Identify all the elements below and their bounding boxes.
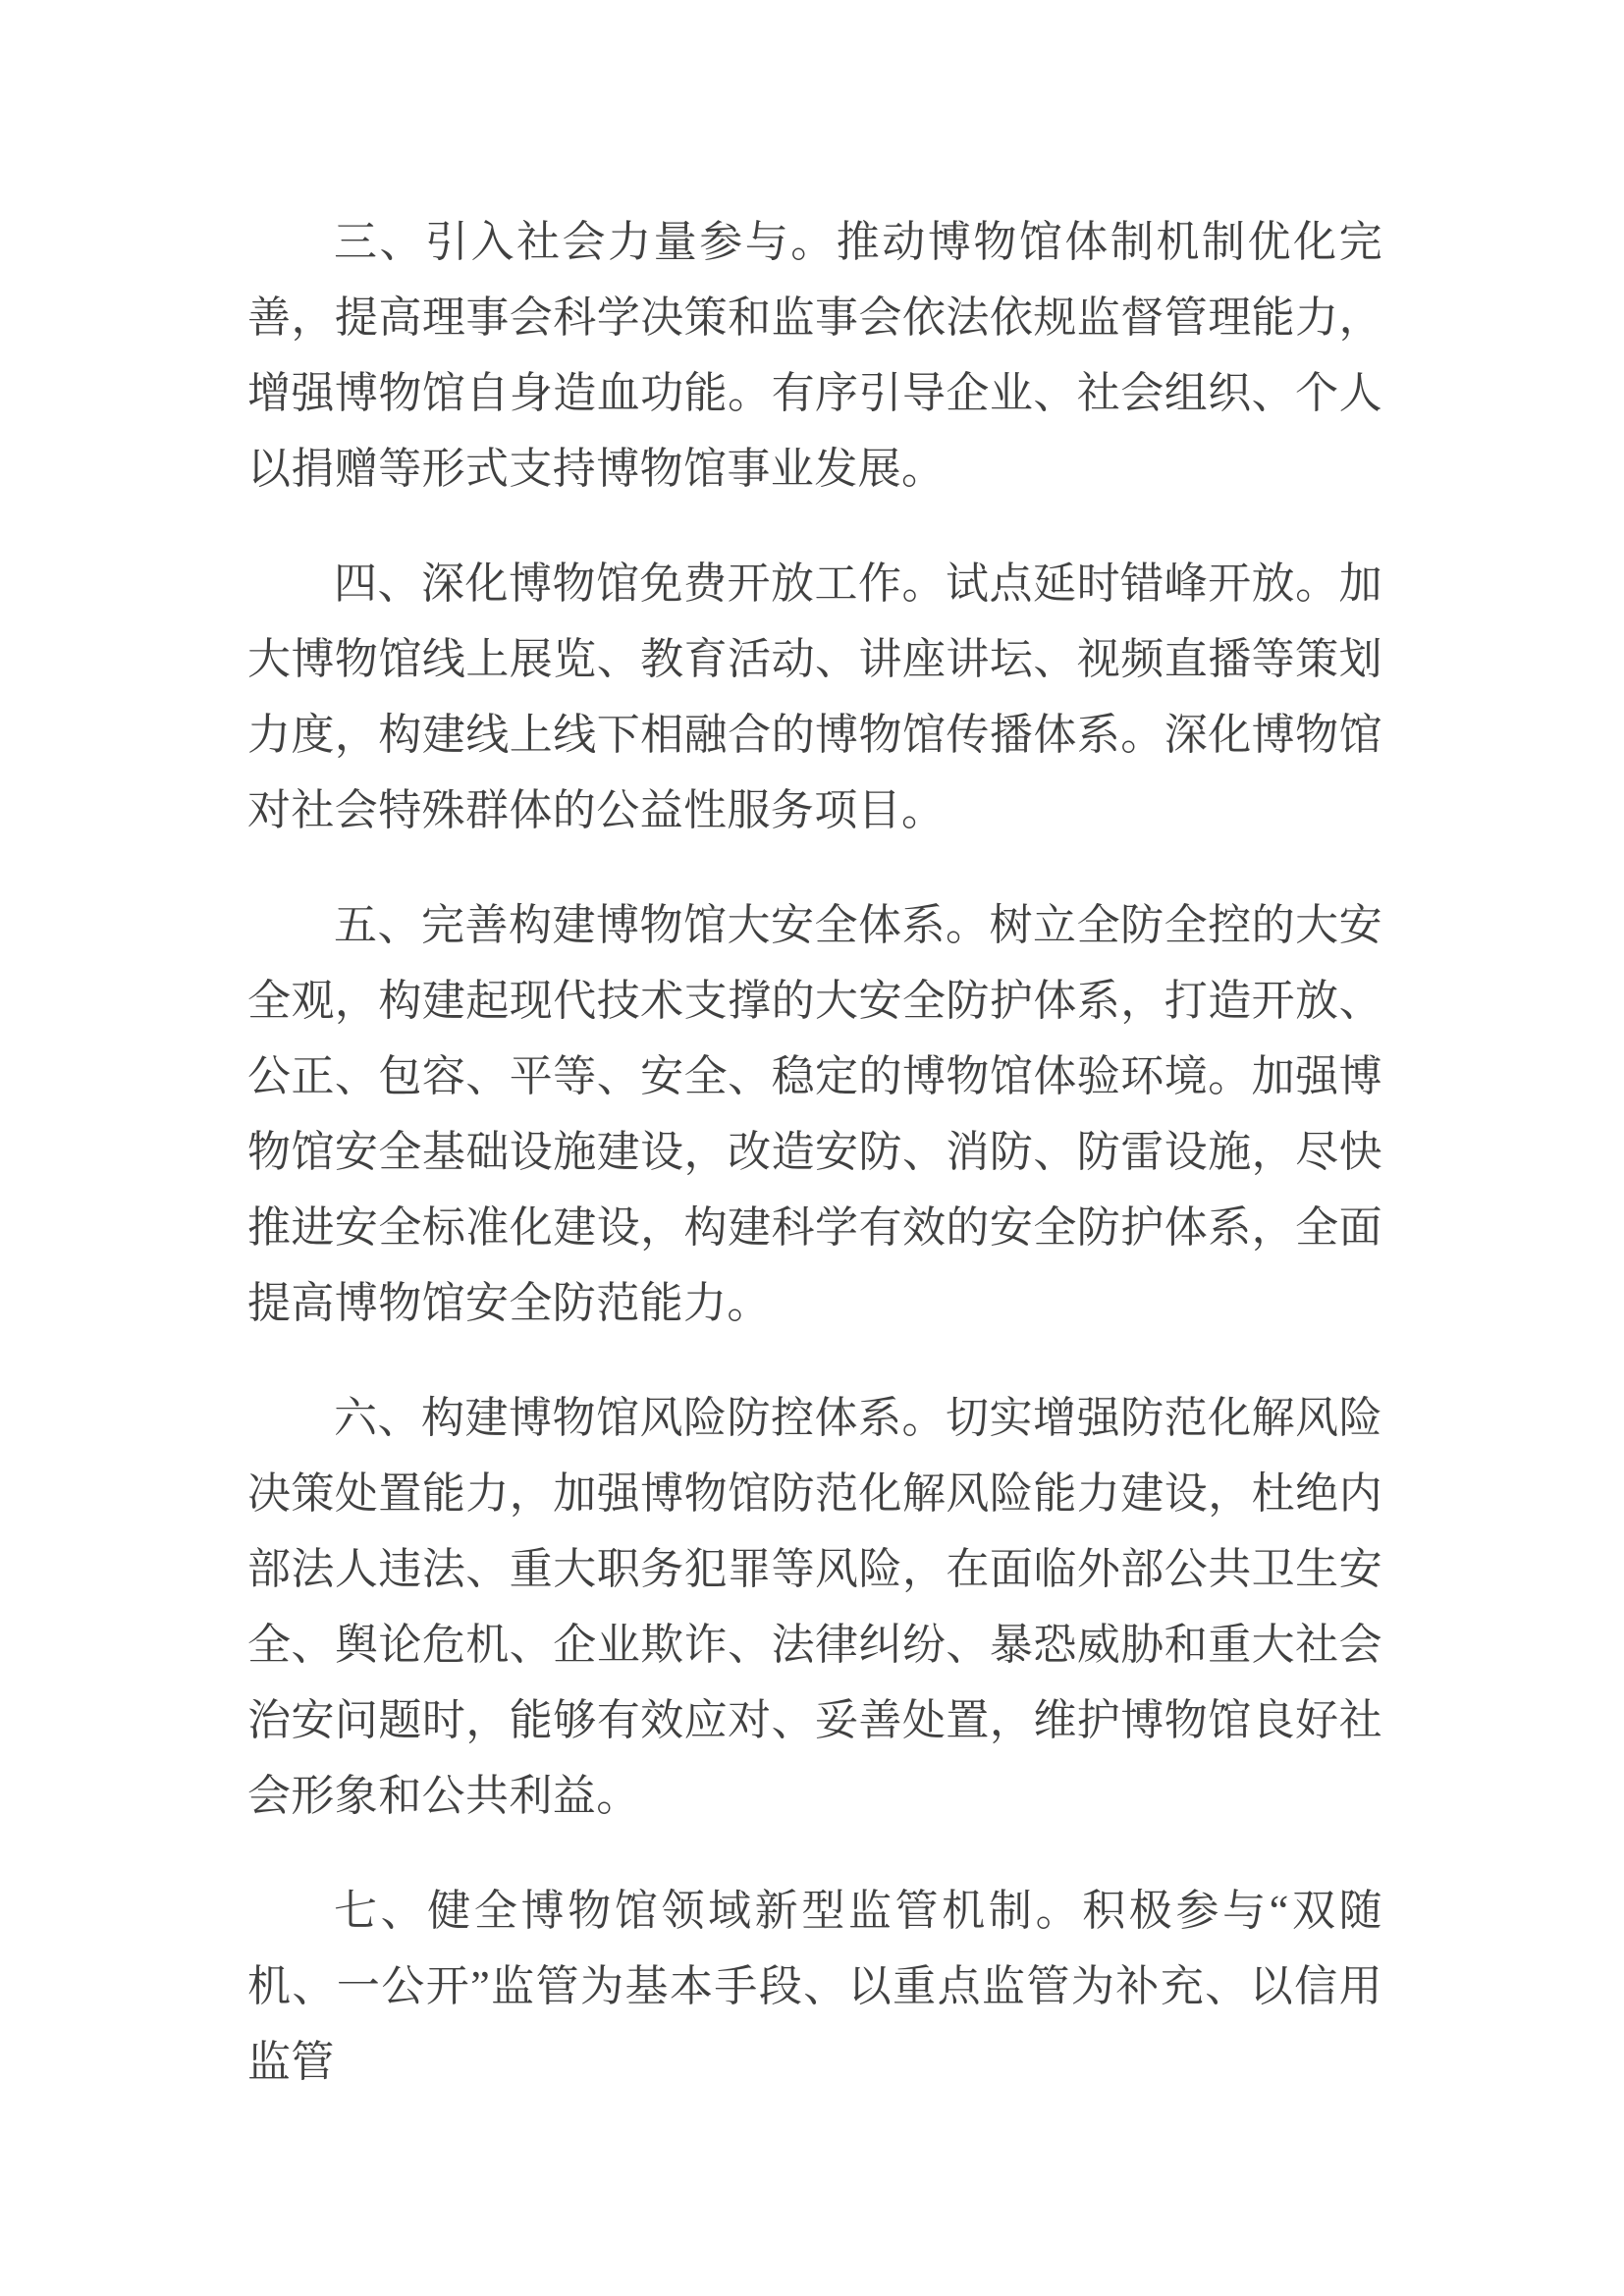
paragraph-item-7: 七、健全博物馆领域新型监管机制。积极参与“双随机、一公开”监管为基本手段、以重点…: [247, 1873, 1382, 2100]
paragraph-item-5: 五、完善构建博物馆大安全体系。树立全防全控的大安全观，构建起现代技术支撑的大安全…: [247, 887, 1382, 1341]
document-body-text: 三、引入社会力量参与。推动博物馆体制机制优化完善，提高理事会科学决策和监事会依法…: [247, 204, 1382, 2100]
paragraph-item-3: 三、引入社会力量参与。推动博物馆体制机制优化完善，提高理事会科学决策和监事会依法…: [247, 204, 1382, 507]
paragraph-item-6: 六、构建博物馆风险防控体系。切实增强防范化解风险决策处置能力，加强博物馆防范化解…: [247, 1380, 1382, 1834]
paragraph-item-4: 四、深化博物馆免费开放工作。试点延时错峰开放。加大博物馆线上展览、教育活动、讲座…: [247, 546, 1382, 848]
document-page: 三、引入社会力量参与。推动博物馆体制机制优化完善，提高理事会科学决策和监事会依法…: [0, 0, 1624, 2296]
